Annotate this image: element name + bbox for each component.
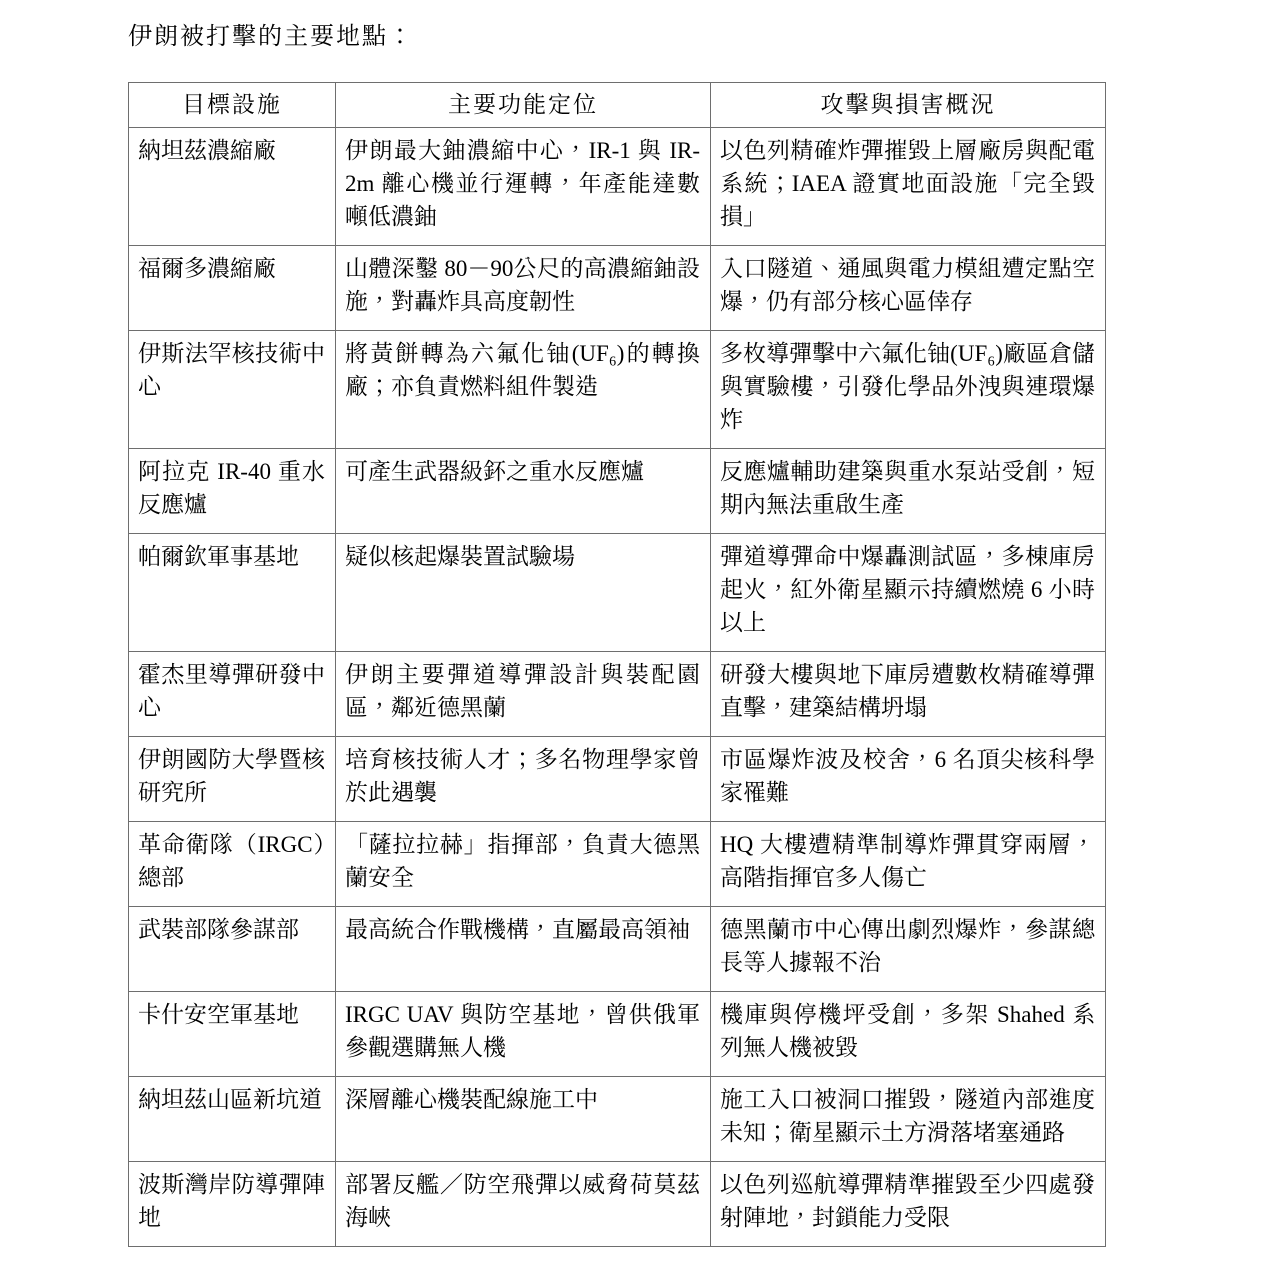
damage-cell: HQ 大樓遭精準制導炸彈貫穿兩層，高階指揮官多人傷亡 [711,822,1106,907]
facility-cell: 伊朗國防大學暨核研究所 [129,737,336,822]
table-row: 霍杰里導彈研發中心伊朗主要彈道導彈設計與裝配園區，鄰近德黑蘭研發大樓與地下庫房遭… [129,652,1106,737]
damage-cell: 彈道導彈命中爆轟測試區，多棟庫房起火，紅外衛星顯示持續燃燒 6 小時以上 [711,534,1106,652]
function-cell: 將黃餅轉為六氟化铀(UF₆)的轉換廠；亦負責燃料組件製造 [336,331,711,449]
function-cell: 山體深鑿 80－90公尺的高濃縮鈾設施，對轟炸具高度韌性 [336,246,711,331]
table-row: 納坦茲山區新坑道深層離心機裝配線施工中施工入口被洞口摧毀，隧道內部進度未知；衛星… [129,1077,1106,1162]
table-row: 波斯灣岸防導彈陣地部署反艦／防空飛彈以威脅荷莫茲海峽以色列巡航導彈精準摧毀至少四… [129,1162,1106,1247]
table-row: 武裝部隊參謀部最高統合作戰機構，直屬最高領袖德黑蘭市中心傳出劇烈爆炸，參謀總長等… [129,907,1106,992]
facility-cell: 波斯灣岸防導彈陣地 [129,1162,336,1247]
targets-table: 目標設施 主要功能定位 攻擊與損害概況 納坦茲濃縮廠伊朗最大鈾濃縮中心，IR-1… [128,82,1106,1247]
page-title: 伊朗被打擊的主要地點： [128,22,1280,52]
table-row: 革命衛隊（IRGC）總部「薩拉拉赫」指揮部，負責大德黑蘭安全HQ 大樓遭精準制導… [129,822,1106,907]
facility-cell: 卡什安空軍基地 [129,992,336,1077]
function-cell: IRGC UAV 與防空基地，曾供俄軍參觀選購無人機 [336,992,711,1077]
damage-cell: 市區爆炸波及校舍，6 名頂尖核科學家罹難 [711,737,1106,822]
damage-cell: 以色列巡航導彈精準摧毀至少四處發射陣地，封鎖能力受限 [711,1162,1106,1247]
facility-cell: 阿拉克 IR-40 重水反應爐 [129,449,336,534]
damage-cell: 反應爐輔助建築與重水泵站受創，短期內無法重啟生產 [711,449,1106,534]
table-row: 福爾多濃縮廠山體深鑿 80－90公尺的高濃縮鈾設施，對轟炸具高度韌性入口隧道、通… [129,246,1106,331]
damage-cell: 入口隧道、通風與電力模組遭定點空爆，仍有部分核心區倖存 [711,246,1106,331]
function-cell: 培育核技術人才；多名物理學家曾於此遇襲 [336,737,711,822]
damage-cell: 施工入口被洞口摧毀，隧道內部進度未知；衛星顯示土方滑落堵塞通路 [711,1077,1106,1162]
function-cell: 伊朗主要彈道導彈設計與裝配園區，鄰近德黑蘭 [336,652,711,737]
facility-cell: 霍杰里導彈研發中心 [129,652,336,737]
damage-cell: 多枚導彈擊中六氟化铀(UF₆)廠區倉儲與實驗樓，引發化學品外洩與連環爆炸 [711,331,1106,449]
function-cell: 最高統合作戰機構，直屬最高領袖 [336,907,711,992]
document-page: 伊朗被打擊的主要地點： 目標設施 主要功能定位 攻擊與損害概況 納坦茲濃縮廠伊朗… [0,0,1280,1269]
table-row: 伊朗國防大學暨核研究所培育核技術人才；多名物理學家曾於此遇襲市區爆炸波及校舍，6… [129,737,1106,822]
header-row: 目標設施 主要功能定位 攻擊與損害概況 [129,83,1106,128]
table-row: 帕爾欽軍事基地疑似核起爆裝置試驗場彈道導彈命中爆轟測試區，多棟庫房起火，紅外衛星… [129,534,1106,652]
function-cell: 疑似核起爆裝置試驗場 [336,534,711,652]
facility-cell: 納坦茲濃縮廠 [129,128,336,246]
facility-cell: 納坦茲山區新坑道 [129,1077,336,1162]
column-header-facility: 目標設施 [129,83,336,128]
damage-cell: 研發大樓與地下庫房遭數枚精確導彈直擊，建築結構坍塌 [711,652,1106,737]
column-header-function: 主要功能定位 [336,83,711,128]
table-row: 卡什安空軍基地IRGC UAV 與防空基地，曾供俄軍參觀選購無人機機庫與停機坪受… [129,992,1106,1077]
damage-cell: 機庫與停機坪受創，多架 Shahed 系列無人機被毀 [711,992,1106,1077]
table-row: 阿拉克 IR-40 重水反應爐可產生武器級鈈之重水反應爐反應爐輔助建築與重水泵站… [129,449,1106,534]
table-row: 納坦茲濃縮廠伊朗最大鈾濃縮中心，IR-1 與 IR-2m 離心機並行運轉，年產能… [129,128,1106,246]
facility-cell: 帕爾欽軍事基地 [129,534,336,652]
function-cell: 伊朗最大鈾濃縮中心，IR-1 與 IR-2m 離心機並行運轉，年產能達數噸低濃鈾 [336,128,711,246]
facility-cell: 伊斯法罕核技術中心 [129,331,336,449]
facility-cell: 武裝部隊參謀部 [129,907,336,992]
table-body: 納坦茲濃縮廠伊朗最大鈾濃縮中心，IR-1 與 IR-2m 離心機並行運轉，年產能… [129,128,1106,1247]
function-cell: 「薩拉拉赫」指揮部，負責大德黑蘭安全 [336,822,711,907]
function-cell: 深層離心機裝配線施工中 [336,1077,711,1162]
facility-cell: 革命衛隊（IRGC）總部 [129,822,336,907]
function-cell: 部署反艦／防空飛彈以威脅荷莫茲海峽 [336,1162,711,1247]
function-cell: 可產生武器級鈈之重水反應爐 [336,449,711,534]
damage-cell: 德黑蘭市中心傳出劇烈爆炸，參謀總長等人據報不治 [711,907,1106,992]
table-row: 伊斯法罕核技術中心將黃餅轉為六氟化铀(UF₆)的轉換廠；亦負責燃料組件製造多枚導… [129,331,1106,449]
damage-cell: 以色列精確炸彈摧毀上層廠房與配電系統；IAEA 證實地面設施「完全毀損」 [711,128,1106,246]
column-header-damage: 攻擊與損害概況 [711,83,1106,128]
facility-cell: 福爾多濃縮廠 [129,246,336,331]
